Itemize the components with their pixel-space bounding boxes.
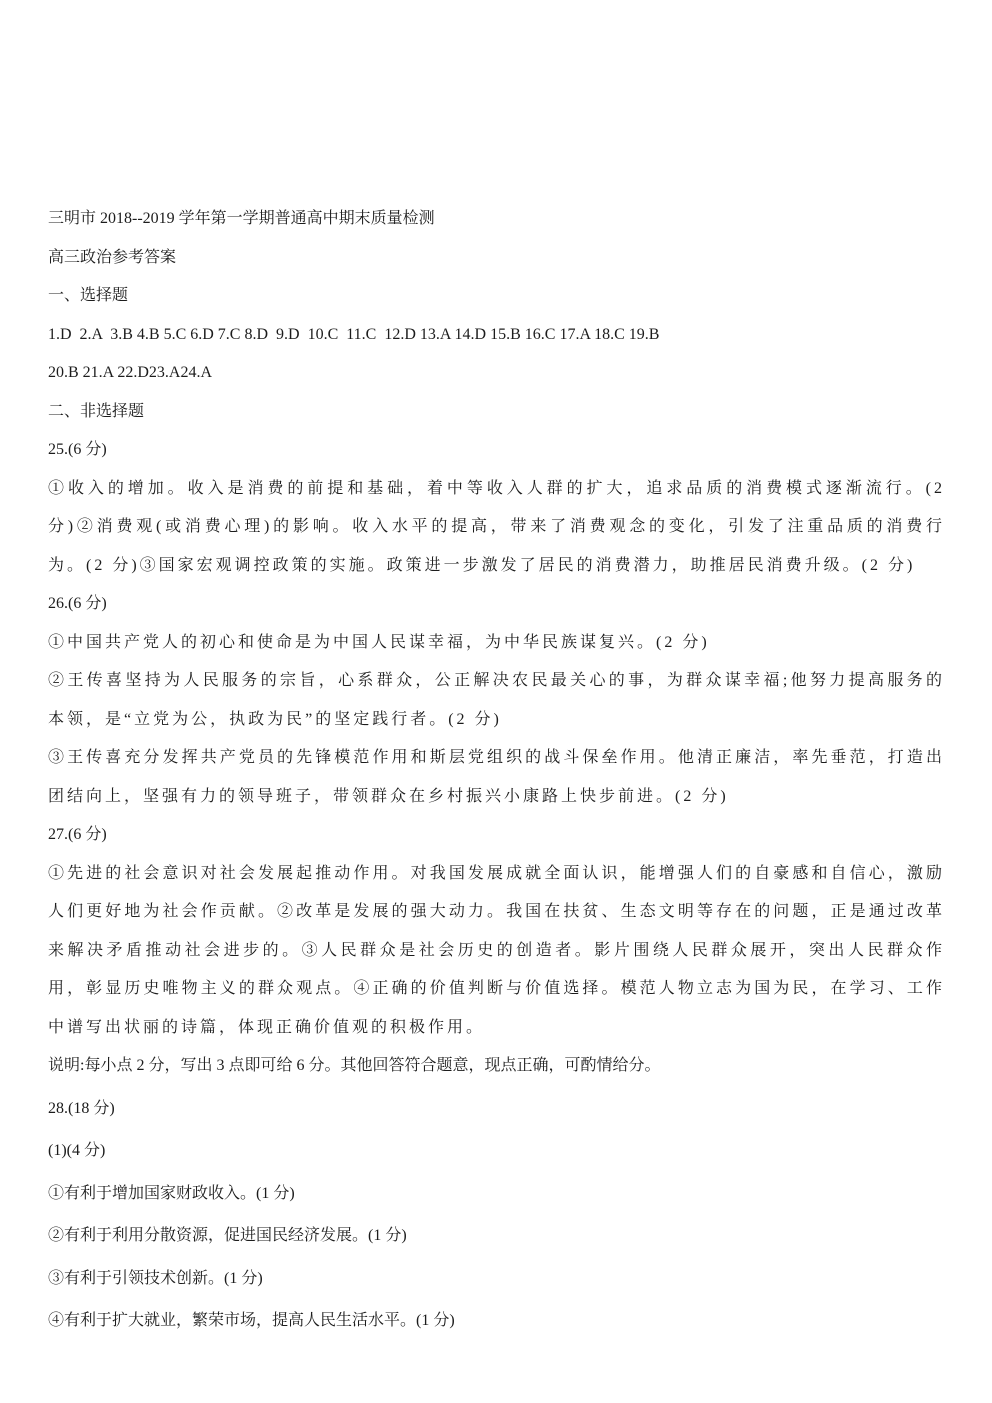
section-nonchoice-heading: 二、非选择题 <box>48 393 945 432</box>
choice-answers-line-1: 1.D 2.A 3.B 4.B 5.C 6.D 7.C 8.D 9.D 10.C… <box>48 316 945 355</box>
q28-number: 28.(18 分) <box>48 1090 945 1129</box>
q28-point-1: ①有利于增加国家财政收入。(1 分) <box>48 1175 945 1214</box>
doc-title: 三明市 2018--2019 学年第一学期普通高中期末质量检测 <box>48 200 945 239</box>
doc-subtitle: 高三政治参考答案 <box>48 239 945 278</box>
q26-point-2: ②王传喜坚持为人民服务的宗旨，心系群众，公正解决农民最关心的事，为群众谋幸福;他… <box>48 662 945 739</box>
q25-number: 25.(6 分) <box>48 431 945 470</box>
q26-point-3: ③王传喜充分发挥共产党员的先锋模范作用和斯层党组织的战斗保垒作用。他清正廉洁，率… <box>48 739 945 816</box>
q25-answer: ①收入的增加。收入是消费的前提和基础，着中等收入人群的扩大，追求品质的消费模式逐… <box>48 470 945 586</box>
q26-point-1: ①中国共产党人的初心和使命是为中国人民谋幸福，为中华民族谋复兴。(2 分) <box>48 624 945 663</box>
choice-answers-line-2: 20.B 21.A 22.D23.A24.A <box>48 354 945 393</box>
q27-number: 27.(6 分) <box>48 816 945 855</box>
q28-point-2: ②有利于利用分散资源，促进国民经济发展。(1 分) <box>48 1217 945 1256</box>
q28-part1-label: (1)(4 分) <box>48 1132 945 1171</box>
q28-point-3: ③有利于引领技术创新。(1 分) <box>48 1260 945 1299</box>
q27-answer: ①先进的社会意识对社会发展起推动作用。对我国发展成就全面认识，能增强人们的自豪感… <box>48 855 945 1048</box>
q27-note: 说明:每小点 2 分，写出 3 点即可给 6 分。其他回答符合题意，现点正确，可… <box>48 1047 945 1086</box>
section-choice-heading: 一、选择题 <box>48 277 945 316</box>
q26-number: 26.(6 分) <box>48 585 945 624</box>
document-page: 三明市 2018--2019 学年第一学期普通高中期末质量检测 高三政治参考答案… <box>0 0 992 1403</box>
q28-point-4: ④有利于扩大就业，繁荣市场，提高人民生活水平。(1 分) <box>48 1302 945 1341</box>
